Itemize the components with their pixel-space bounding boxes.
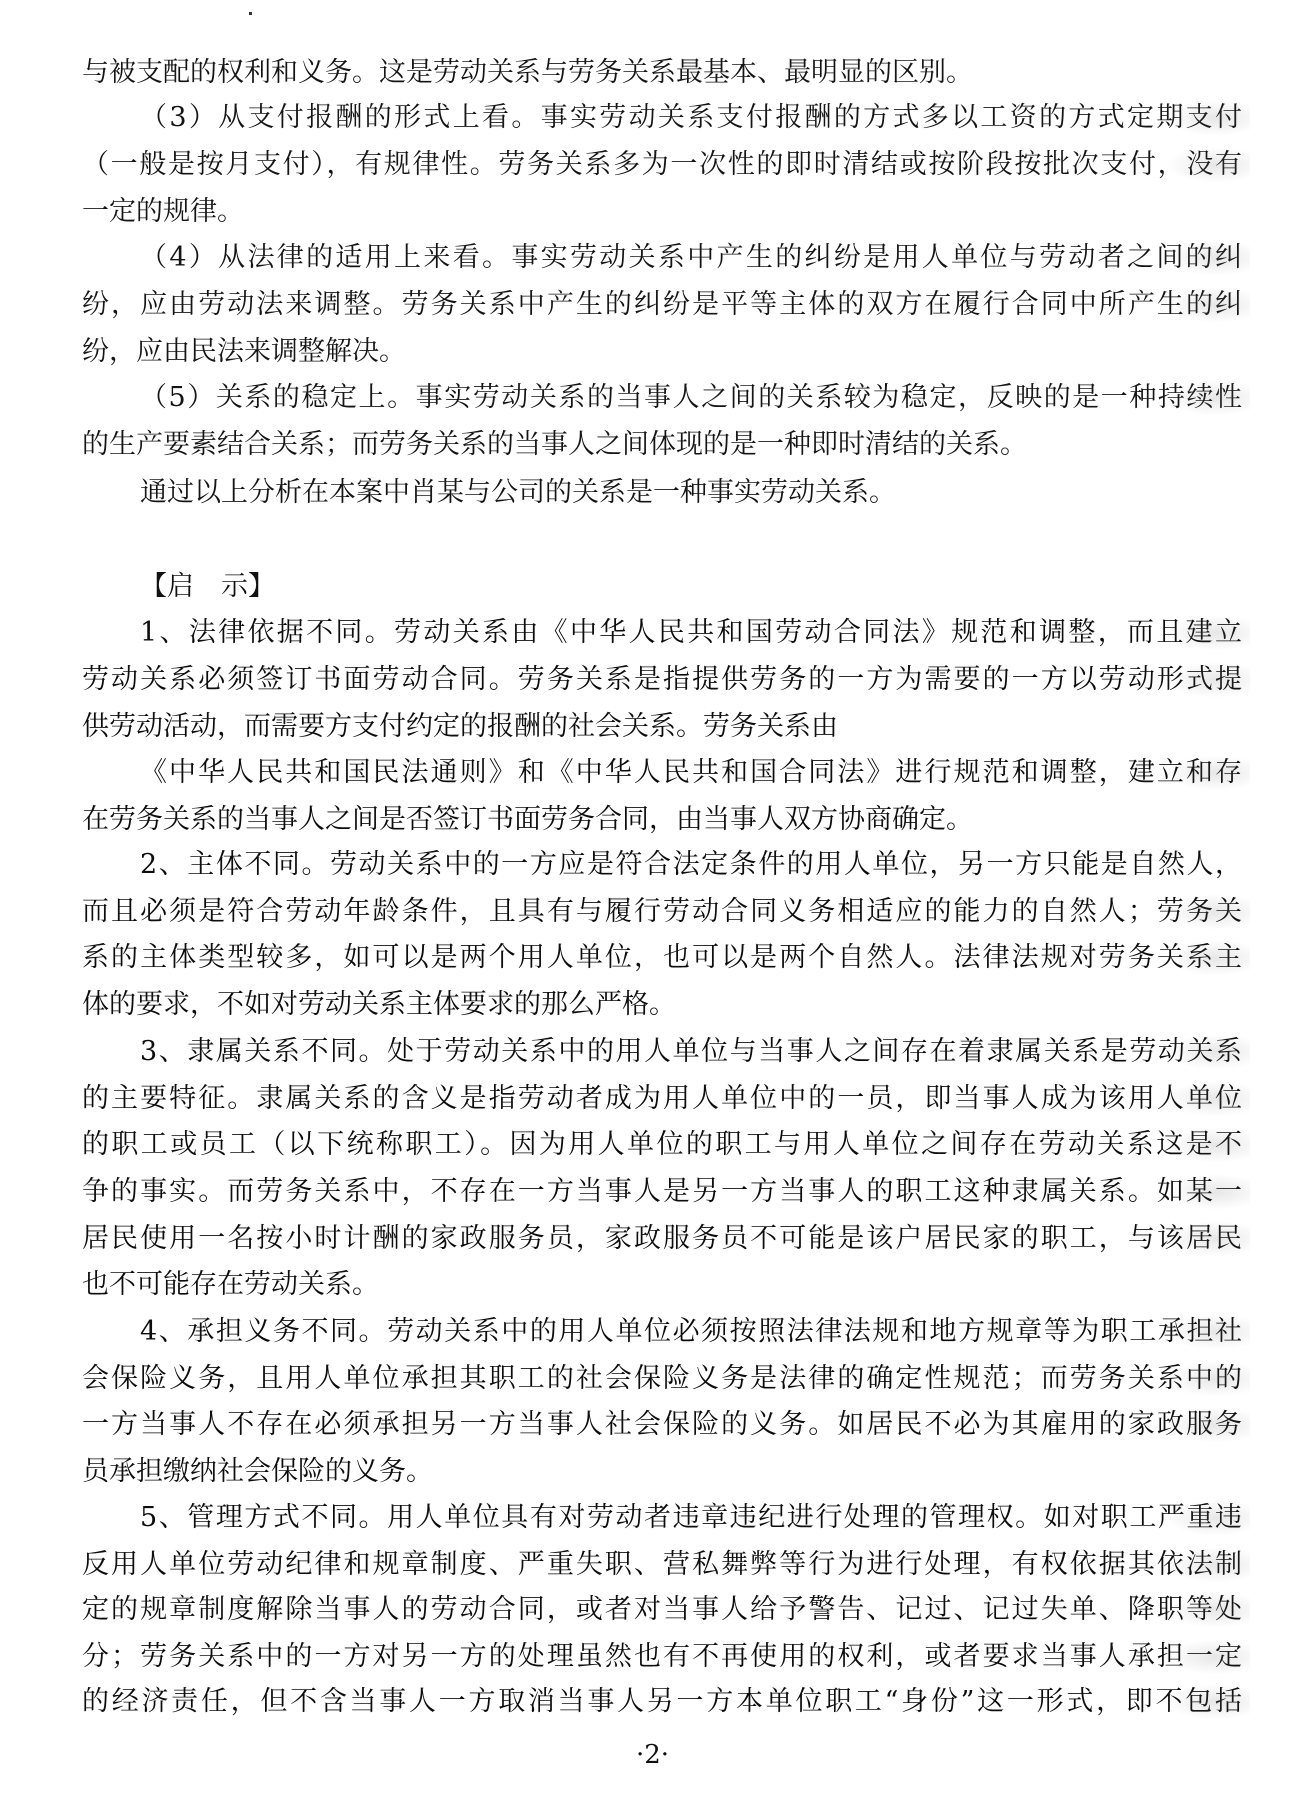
paragraph-line: 与被支配的权利和义务。这是劳动关系与劳务关系最基本、最明显的区别。 [82,53,1242,93]
section-heading: 【启 示】 [140,567,275,607]
paragraph-line: 分；劳务关系中的一方对另一方的处理虽然也有不再使用的权利，或者要求当事人承担一定 [82,1637,1242,1677]
paragraph-line: 的职工或员工（以下统称职工）。因为用人单位的职工与用人单位之间存在劳动关系这是不 [82,1125,1242,1165]
paragraph-line: 2、主体不同。劳动关系中的一方应是符合法定条件的用人单位，另一方只能是自然人， [140,845,1242,885]
paragraph-line: 系的主体类型较多，如可以是两个用人单位，也可以是两个自然人。法律法规对劳务关系主 [82,938,1242,978]
paragraph-line: 1、法律依据不同。劳动关系由《中华人民共和国劳动合同法》规范和调整，而且建立 [140,613,1242,653]
page-number: ·2· [0,1735,1305,1775]
paragraph-line: 体的要求，不如对劳动关系主体要求的那么严格。 [82,985,1242,1025]
paragraph-line: 员承担缴纳社会保险的义务。 [82,1452,1242,1492]
paragraph-line: 《中华人民共和国民法通则》和《中华人民共和国合同法》进行规范和调整，建立和存 [140,753,1242,793]
paragraph-line: 的经济责任，但不含当事人一方取消当事人另一方本单位职工“身份”这一形式，即不包括 [82,1682,1242,1722]
paragraph-line: （一般是按月支付），有规律性。劳务关系多为一次性的即时清结或按阶段按批次支付，没… [82,145,1242,185]
paragraph-line: 也不可能存在劳动关系。 [82,1265,1242,1305]
paragraph-line: 纷，应由民法来调整解决。 [82,332,1242,372]
paragraph-line: 而且必须是符合劳动年龄条件，且具有与履行劳动合同义务相适应的能力的自然人；劳务关 [82,892,1242,932]
paragraph-line: 反用人单位劳动纪律和规章制度、严重失职、营私舞弊等行为进行处理，有权依据其依法制 [82,1545,1242,1585]
paragraph-line: 5、管理方式不同。用人单位具有对劳动者违章违纪进行处理的管理权。如对职工严重违 [140,1498,1242,1538]
paragraph-line: 定的规章制度解除当事人的劳动合同，或者对当事人给予警告、记过、记过失单、降职等处 [82,1590,1242,1630]
paragraph-line: 一定的规律。 [82,192,1242,232]
paragraph-line: 劳动关系必须签订书面劳动合同。劳务关系是指提供劳务的一方为需要的一方以劳动形式提 [82,660,1242,700]
paragraph-line: 居民使用一名按小时计酬的家政服务员，家政服务员不可能是该户居民家的职工，与该居民 [82,1219,1242,1259]
paragraph-line: 的生产要素结合关系；而劳务关系的当事人之间体现的是一种即时清结的关系。 [82,425,1242,465]
paragraph-line: 的主要特征。隶属关系的含义是指劳动者成为用人单位中的一员，即当事人成为该用人单位 [82,1079,1242,1119]
paragraph-line: 3、隶属关系不同。处于劳动关系中的用人单位与当事人之间存在着隶属关系是劳动关系 [140,1032,1242,1072]
paragraph-line: 一方当事人不存在必须承担另一方当事人社会保险的义务。如居民不必为其雇用的家政服务 [82,1405,1242,1445]
paragraph-line: 供劳动活动，而需要方支付约定的报酬的社会关系。劳务关系由 [82,707,1242,747]
paragraph-line: （4）从法律的适用上来看。事实劳动关系中产生的纠纷是用人单位与劳动者之间的纠 [140,238,1242,278]
paragraph-line: （3）从支付报酬的形式上看。事实劳动关系支付报酬的方式多以工资的方式定期支付 [140,98,1242,138]
scan-speck [249,12,252,15]
paragraph-line: 在劳务关系的当事人之间是否签订书面劳务合同，由当事人双方协商确定。 [82,800,1242,840]
conclusion-line: 通过以上分析在本案中肖某与公司的关系是一种事实劳动关系。 [140,473,1242,513]
paragraph-line: 争的事实。而劳务关系中，不存在一方当事人是另一方当事人的职工这种隶属关系。如某一 [82,1172,1242,1212]
paragraph-line: 纷，应由劳动法来调整。劳务关系中产生的纠纷是平等主体的双方在履行合同中所产生的纠 [82,285,1242,325]
paragraph-line: 会保险义务，且用人单位承担其职工的社会保险义务是法律的确定性规范；而劳务关系中的 [82,1359,1242,1399]
paragraph-line: 4、承担义务不同。劳动关系中的用人单位必须按照法律法规和地方规章等为职工承担社 [140,1312,1242,1352]
paragraph-line: （5）关系的稳定上。事实劳动关系的当事人之间的关系较为稳定，反映的是一种持续性 [140,378,1242,418]
